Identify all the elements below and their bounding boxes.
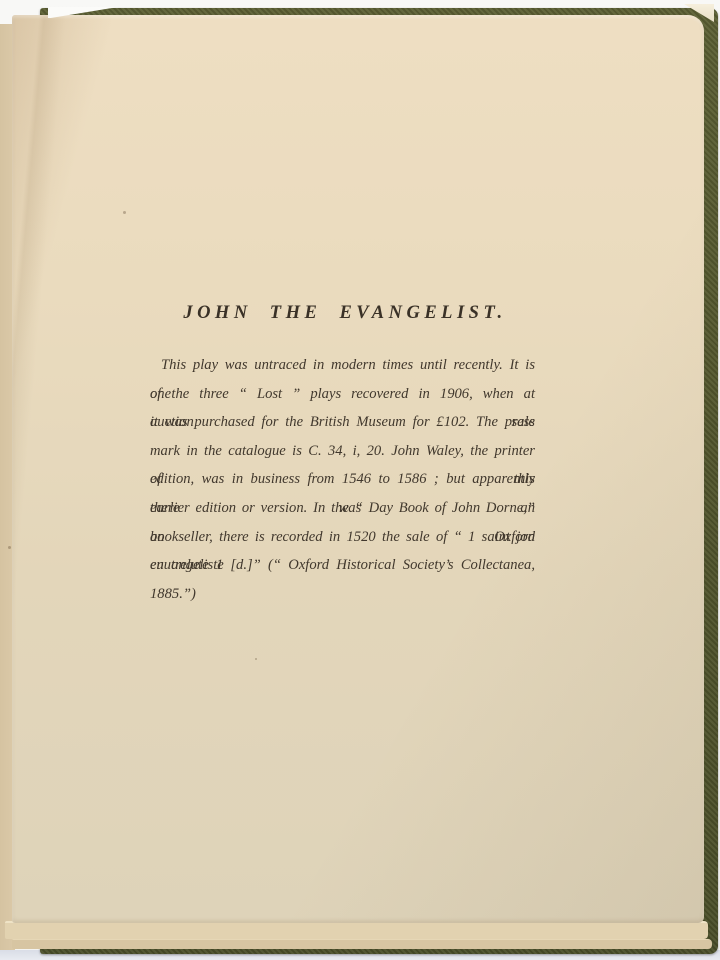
introduction-paragraph: This play was untraced in modern times u… — [150, 351, 535, 580]
page-title: JOHN THE EVANGELIST. — [150, 303, 540, 324]
page-stack-edge — [5, 921, 708, 939]
paragraph-line: of the three “ Lost ” plays recovered in… — [150, 380, 535, 409]
paragraph-line: en trelute 1 [d.]” (“ Oxford Historical … — [150, 551, 535, 580]
photo-of-book-page: JOHN THE EVANGELIST. This play was untra… — [0, 0, 720, 960]
paragraph-line: mark in the catalogue is C. 34, i, 20. J… — [150, 437, 535, 466]
paper-speck — [123, 211, 126, 214]
page-stack-edge — [12, 939, 712, 949]
paper-speck — [8, 546, 11, 549]
paragraph-line: edition, was in business from 1546 to 15… — [150, 465, 535, 494]
paragraph-line: This play was untraced in modern times u… — [150, 351, 535, 380]
paragraph-line: bookseller, there is recorded in 1520 th… — [150, 523, 535, 552]
paper-speck — [255, 658, 257, 660]
paragraph-line: it was purchased for the British Museum … — [150, 408, 535, 437]
paragraph-line: earlier edition or version. In the “ Day… — [150, 494, 535, 523]
